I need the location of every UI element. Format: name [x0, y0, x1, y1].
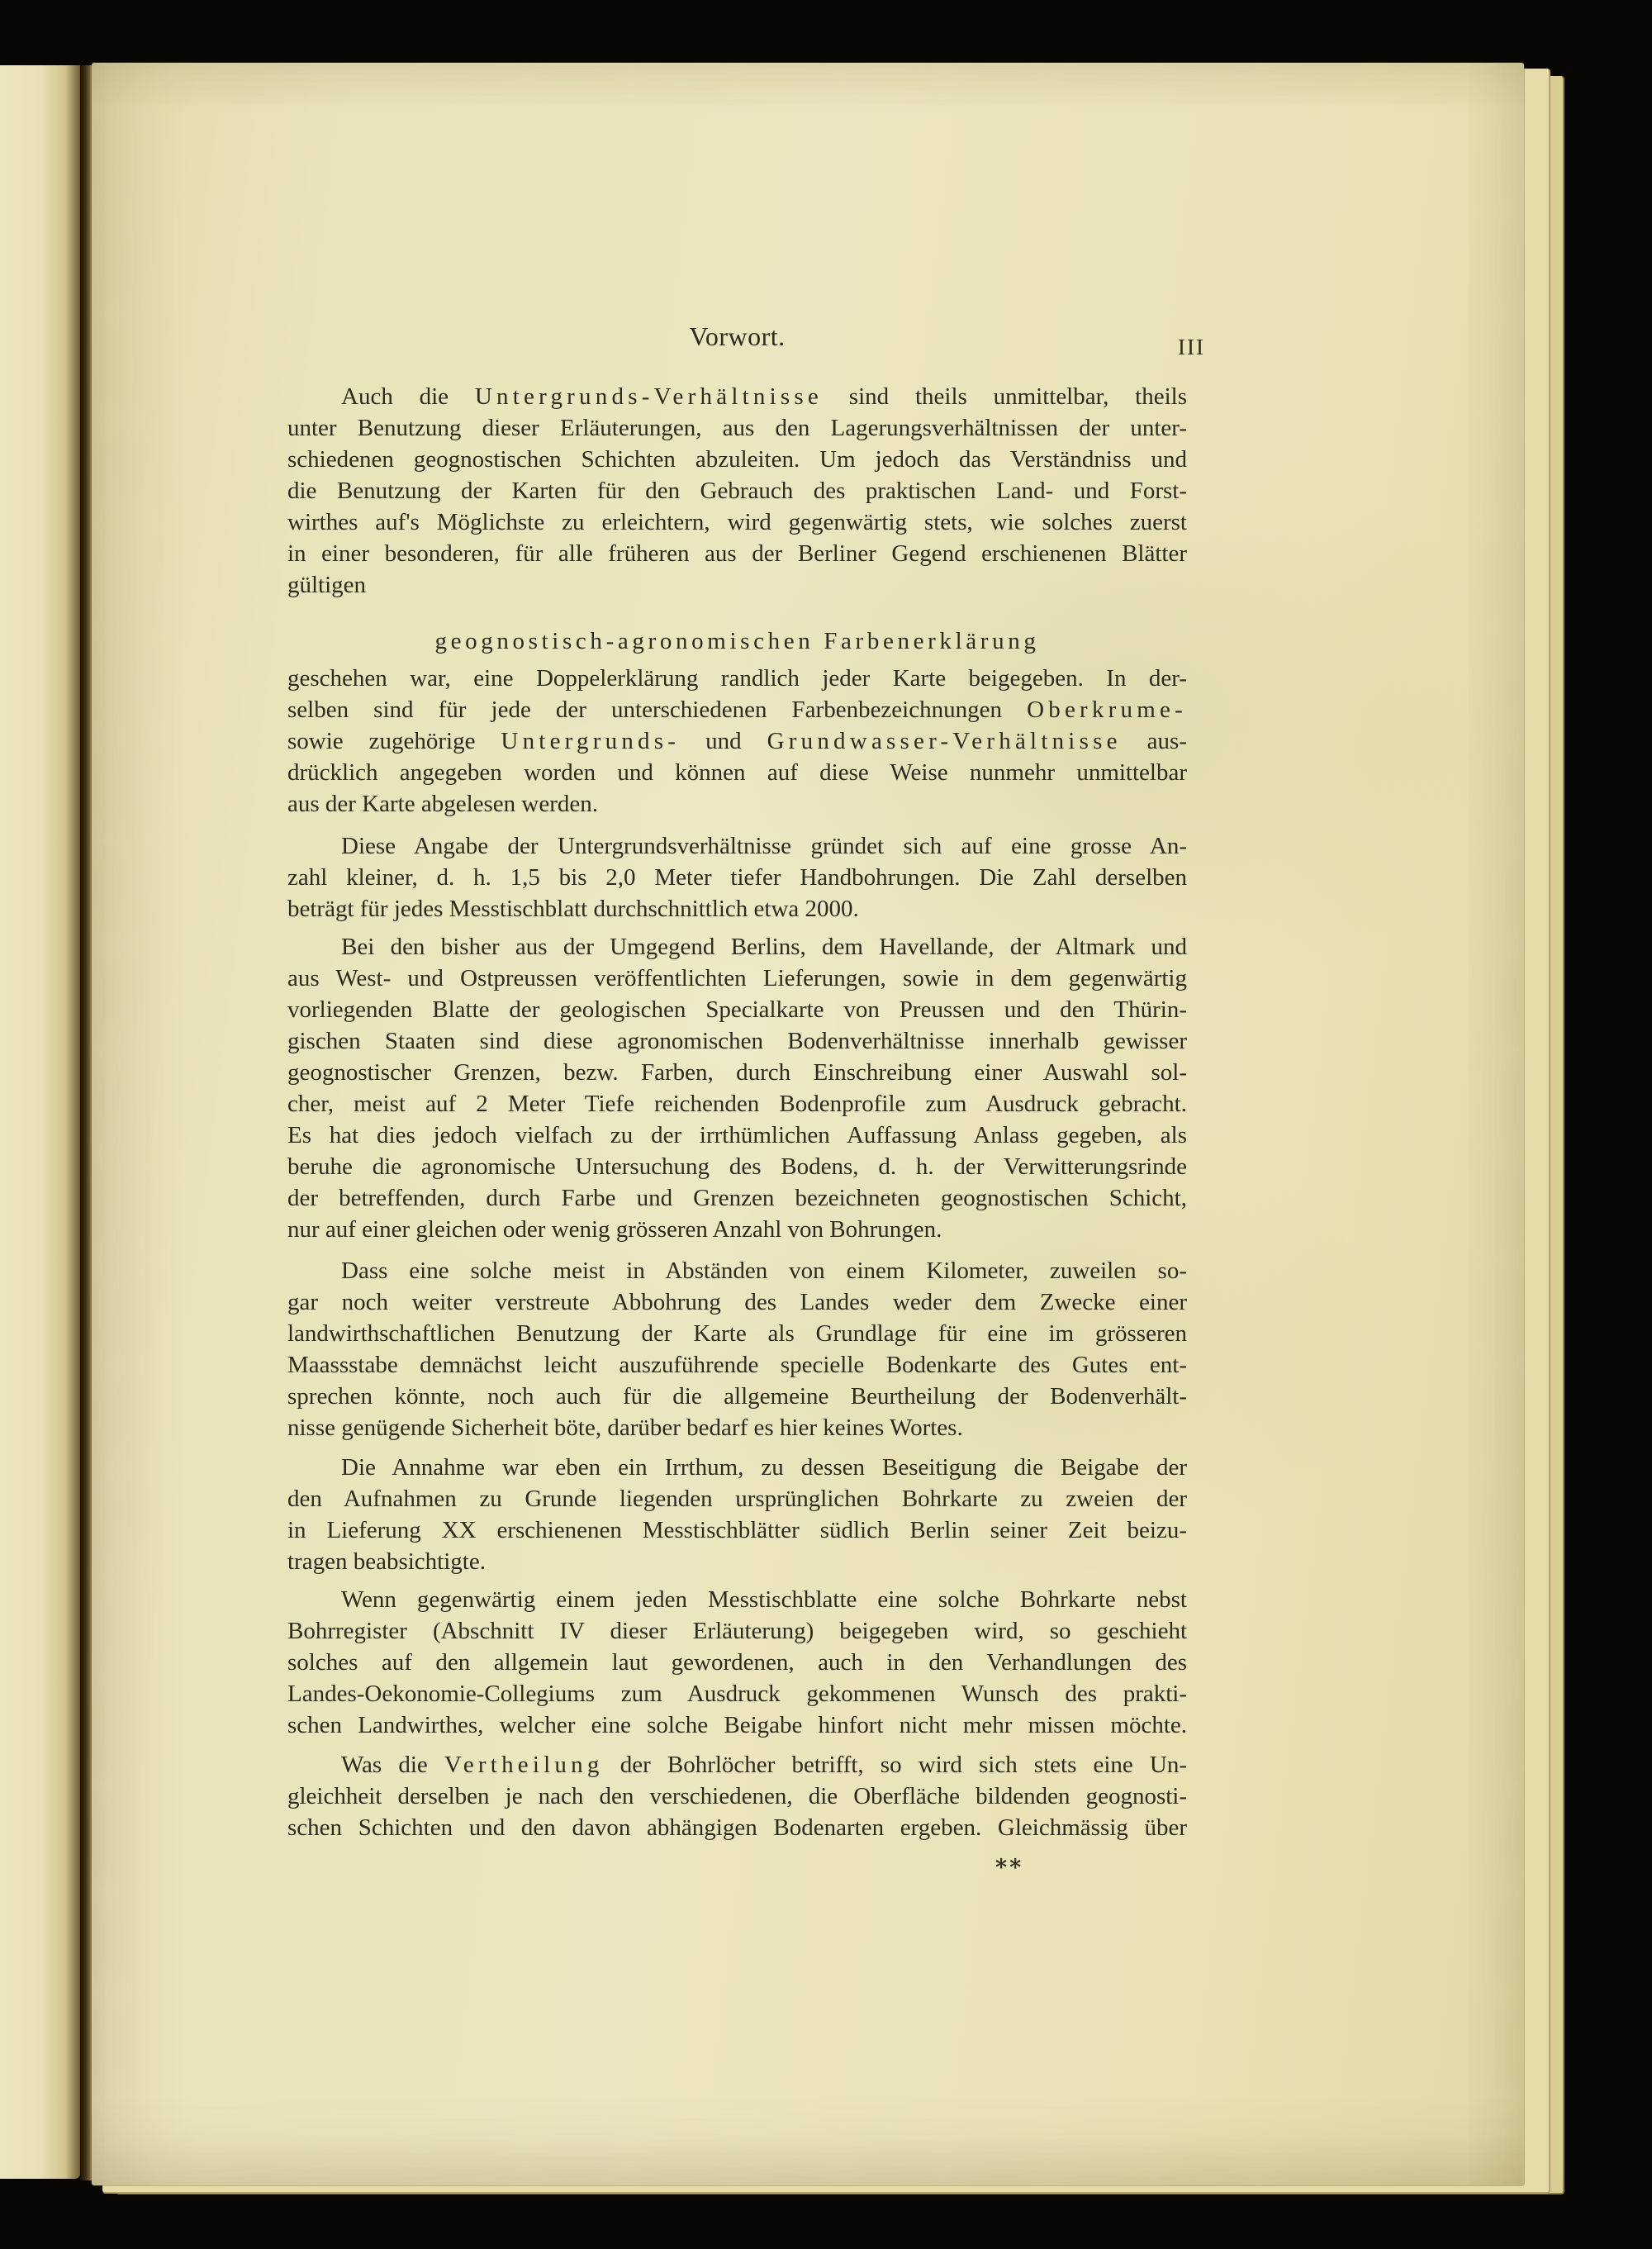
heading-line: geognostisch-agronomischen Farbenerkläru… — [287, 625, 1187, 657]
text-line: cher, meist auf 2 Meter Tiefe reichenden… — [287, 1088, 1187, 1120]
text-line: schen Schichten und den davon abhängigen… — [287, 1812, 1187, 1843]
page-header: Vorwort. III — [287, 321, 1187, 352]
text-line: die Benutzung der Karten für den Gebrauc… — [287, 475, 1187, 506]
text-line: beruhe die agronomische Untersuchung des… — [287, 1151, 1187, 1182]
text-line: schen Landwirthes, welcher eine solche B… — [287, 1709, 1187, 1741]
text-line: aus West- und Ostpreussen veröffentlicht… — [287, 963, 1187, 994]
text-line: in Lieferung XX erschienenen Messtischbl… — [287, 1514, 1187, 1546]
text-line: nur auf einer gleichen oder wenig grösse… — [287, 1214, 1187, 1245]
paragraph: Die Annahme war eben ein Irrthum, zu des… — [287, 1452, 1187, 1577]
paragraph: Bei den bisher aus der Umgegend Berlins,… — [287, 931, 1187, 1245]
footer-asterisks: ** — [287, 1852, 1187, 1884]
text-line: in einer besonderen, für alle früheren a… — [287, 538, 1187, 569]
letterspaced-term: Untergrunds- — [501, 728, 680, 754]
text-line: drücklich angegeben worden und können au… — [287, 757, 1187, 788]
section-heading: geognostisch-agronomischen Farbenerkläru… — [287, 625, 1187, 657]
book-page: Vorwort. III Auch die Untergrunds-Verhäl… — [92, 63, 1524, 2185]
text-line: wirthes auf's Möglichste zu erleichtern,… — [287, 506, 1187, 538]
text-line: sowie zugehörige Untergrunds- und Grundw… — [287, 725, 1187, 757]
text-line: Es hat dies jedoch vielfach zu der irrth… — [287, 1120, 1187, 1151]
text-line: gültigen — [287, 569, 1187, 601]
text-line: der betreffenden, durch Farbe und Grenze… — [287, 1182, 1187, 1214]
text-line: vorliegenden Blatte der geologischen Spe… — [287, 994, 1187, 1025]
paragraph: Dass eine solche meist in Abständen von … — [287, 1255, 1187, 1443]
text-line: Dass eine solche meist in Abständen von … — [287, 1255, 1187, 1286]
letterspaced-term: Grundwasser-Verhältnisse — [767, 728, 1122, 754]
text-line: geognostischer Grenzen, bezw. Farben, du… — [287, 1057, 1187, 1088]
paragraph: Wenn gegenwärtig einem jeden Messtischbl… — [287, 1584, 1187, 1741]
text-line: Bei den bisher aus der Umgegend Berlins,… — [287, 931, 1187, 963]
text-line: Wenn gegenwärtig einem jeden Messtischbl… — [287, 1584, 1187, 1615]
text-line: schiedenen geognostischen Schichten abzu… — [287, 444, 1187, 475]
text-line: aus der Karte abgelesen werden. — [287, 788, 1187, 820]
scan-background: Vorwort. III Auch die Untergrunds-Verhäl… — [0, 0, 1652, 2249]
text-line: selben sind für jede der unterschiedenen… — [287, 694, 1187, 725]
text-line: unter Benutzung dieser Erläuterungen, au… — [287, 412, 1187, 444]
text-line: sprechen könnte, noch auch für die allge… — [287, 1381, 1187, 1412]
text-line: solches auf den allgemein laut gewordene… — [287, 1647, 1187, 1678]
letterspaced-term: Vertheilung — [444, 1752, 604, 1778]
text-line: Die Annahme war eben ein Irrthum, zu des… — [287, 1452, 1187, 1483]
text-line: nisse genügende Sicherheit böte, darüber… — [287, 1412, 1187, 1443]
paragraph: geschehen war, eine Doppelerklärung rand… — [287, 663, 1187, 820]
paragraph: Auch die Untergrunds-Verhältnisse sind t… — [287, 381, 1187, 601]
page-number: III — [1178, 331, 1205, 363]
text-line: gischen Staaten sind diese agronomischen… — [287, 1025, 1187, 1057]
text-line: geschehen war, eine Doppelerklärung rand… — [287, 663, 1187, 694]
text-line: Bohrregister (Abschnitt IV dieser Erläut… — [287, 1615, 1187, 1647]
text-line: Diese Angabe der Untergrundsverhältnisse… — [287, 830, 1187, 862]
page-title: Vorwort. — [287, 321, 1187, 352]
text-line: landwirthschaftlichen Benutzung der Kart… — [287, 1318, 1187, 1349]
text-line: Was die Vertheilung der Bohrlöcher betri… — [287, 1749, 1187, 1781]
text-line: Maassstabe demnächst leicht auszuführend… — [287, 1349, 1187, 1381]
facing-page-edge — [0, 65, 80, 2179]
text-body: Auch die Untergrunds-Verhältnisse sind t… — [287, 381, 1187, 1843]
paragraph: Diese Angabe der Untergrundsverhältnisse… — [287, 830, 1187, 925]
text-line: tragen beabsichtigte. — [287, 1546, 1187, 1577]
letterspaced-term: Oberkrume- — [1027, 697, 1187, 723]
text-line: Auch die Untergrunds-Verhältnisse sind t… — [287, 381, 1187, 412]
text-line: den Aufnahmen zu Grunde liegenden ursprü… — [287, 1483, 1187, 1514]
letterspaced-term: Untergrunds-Verhältnisse — [475, 383, 823, 410]
text-line: Landes-Oekonomie-Collegiums zum Ausdruck… — [287, 1678, 1187, 1709]
gutter-shadow — [80, 65, 92, 2180]
text-line: gar noch weiter verstreute Abbohrung des… — [287, 1286, 1187, 1318]
paragraph: Was die Vertheilung der Bohrlöcher betri… — [287, 1749, 1187, 1843]
text-line: zahl kleiner, d. h. 1,5 bis 2,0 Meter ti… — [287, 862, 1187, 893]
text-line: beträgt für jedes Messtischblatt durchsc… — [287, 893, 1187, 925]
text-line: gleichheit derselben je nach den verschi… — [287, 1781, 1187, 1812]
text-block: Vorwort. III Auch die Untergrunds-Verhäl… — [287, 321, 1187, 1884]
